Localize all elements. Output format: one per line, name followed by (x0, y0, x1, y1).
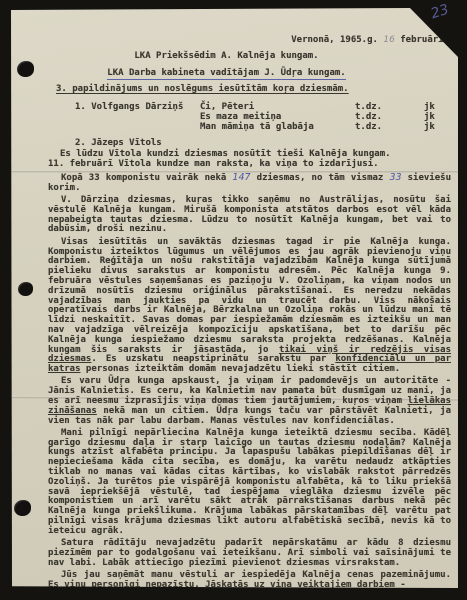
totals-text: dziesmas, no tām vismaz (251, 173, 390, 183)
paragraph-printer: Jūs jau saņēmāt manu vēstuli ar iespiedē… (48, 571, 451, 591)
spacer (75, 123, 200, 133)
song-mark: jk (424, 123, 451, 133)
hole-punch-bottom (14, 500, 31, 516)
spacer (75, 113, 200, 123)
date-place-year: Vernonā, 1965.g. (291, 35, 378, 45)
recipient-line-2-text: LKA Darba kabineta vadītājam J. Ūdŗa kun… (107, 68, 345, 80)
paragraph-song-order: Mani pilnīgi nepārliecina Kalnēja kunga … (48, 429, 451, 537)
paragraph-totals: Kopā 33 komponistu vairāk nekā 147 dzies… (48, 173, 451, 194)
handwritten-day: 16 (383, 35, 394, 45)
paragraph-darzins-songs: V. Dārziņa dziesmas, kuŗas tikko saņēmu … (48, 196, 451, 235)
handwritten-page-number: 23 (429, 2, 451, 23)
paragraph-table-of-contents: Satura rādītāju nevajadzētu padarīt nepā… (48, 539, 451, 568)
subject-line: 3. papildinājums un noslēgums iesūtītām … (56, 85, 451, 95)
composer-1-label: 1. Volfgangs Dārziņš (75, 103, 200, 113)
song-type: t.dz. (355, 123, 424, 133)
hole-punch-middle (18, 282, 33, 296)
paragraph-text: . Es uzskatu neapstiprinātu sarakstu par (91, 354, 335, 364)
date-line: Vernonā, 1965.g. 16 februārī. (48, 36, 451, 46)
letter-page: Vernonā, 1965.g. 16 februārī. LKA Priekš… (11, 8, 458, 588)
totals-text: Kopā 33 komponistu vairāk nekā (61, 173, 232, 183)
letter-body: Vernonā, 1965.g. 16 februārī. LKA Priekš… (48, 36, 451, 591)
paragraph-text: Es varu Ūdŗa kunga apskaust, ja viņam ir… (48, 376, 451, 406)
composer-2-label: 2. Jāzeps Vītols (48, 139, 451, 149)
date-month: februārī. (395, 35, 449, 45)
hole-punch-top (17, 61, 34, 77)
paragraph-text: nekā man un citiem. Ūdŗa kungs taču var … (48, 406, 451, 426)
paragraph-text: personas izteiktām domām nevajadzētu lie… (81, 364, 401, 374)
recipient-line-2: LKA Darba kabineta vadītājam J. Ūdŗa kun… (48, 69, 405, 79)
paragraph-kalnietis: Es varu Ūdŗa kunga apskaust, ja viņam ir… (48, 377, 451, 426)
paragraph-text: Visas iesūtītās un savāktās dziesmas tag… (48, 237, 451, 355)
composer-2-note-line-2: 11. februārī Vītola kundze man raksta, k… (48, 160, 451, 170)
recipient-line-1: LKA Priekšsēdim A. Kalnēja kungam. (48, 52, 405, 62)
song-title: Man māmiņa tā glabāja (200, 123, 355, 133)
song-table: 1. Volfgangs Dārziņš Či, Pēteri t.dz. jk… (48, 103, 451, 132)
handwritten-song-count: 147 (232, 172, 250, 183)
handwritten-women-choir-count: 33 (389, 172, 401, 183)
paragraph-collection-status: Visas iesūtītās un savāktās dziesmas tag… (48, 238, 451, 375)
